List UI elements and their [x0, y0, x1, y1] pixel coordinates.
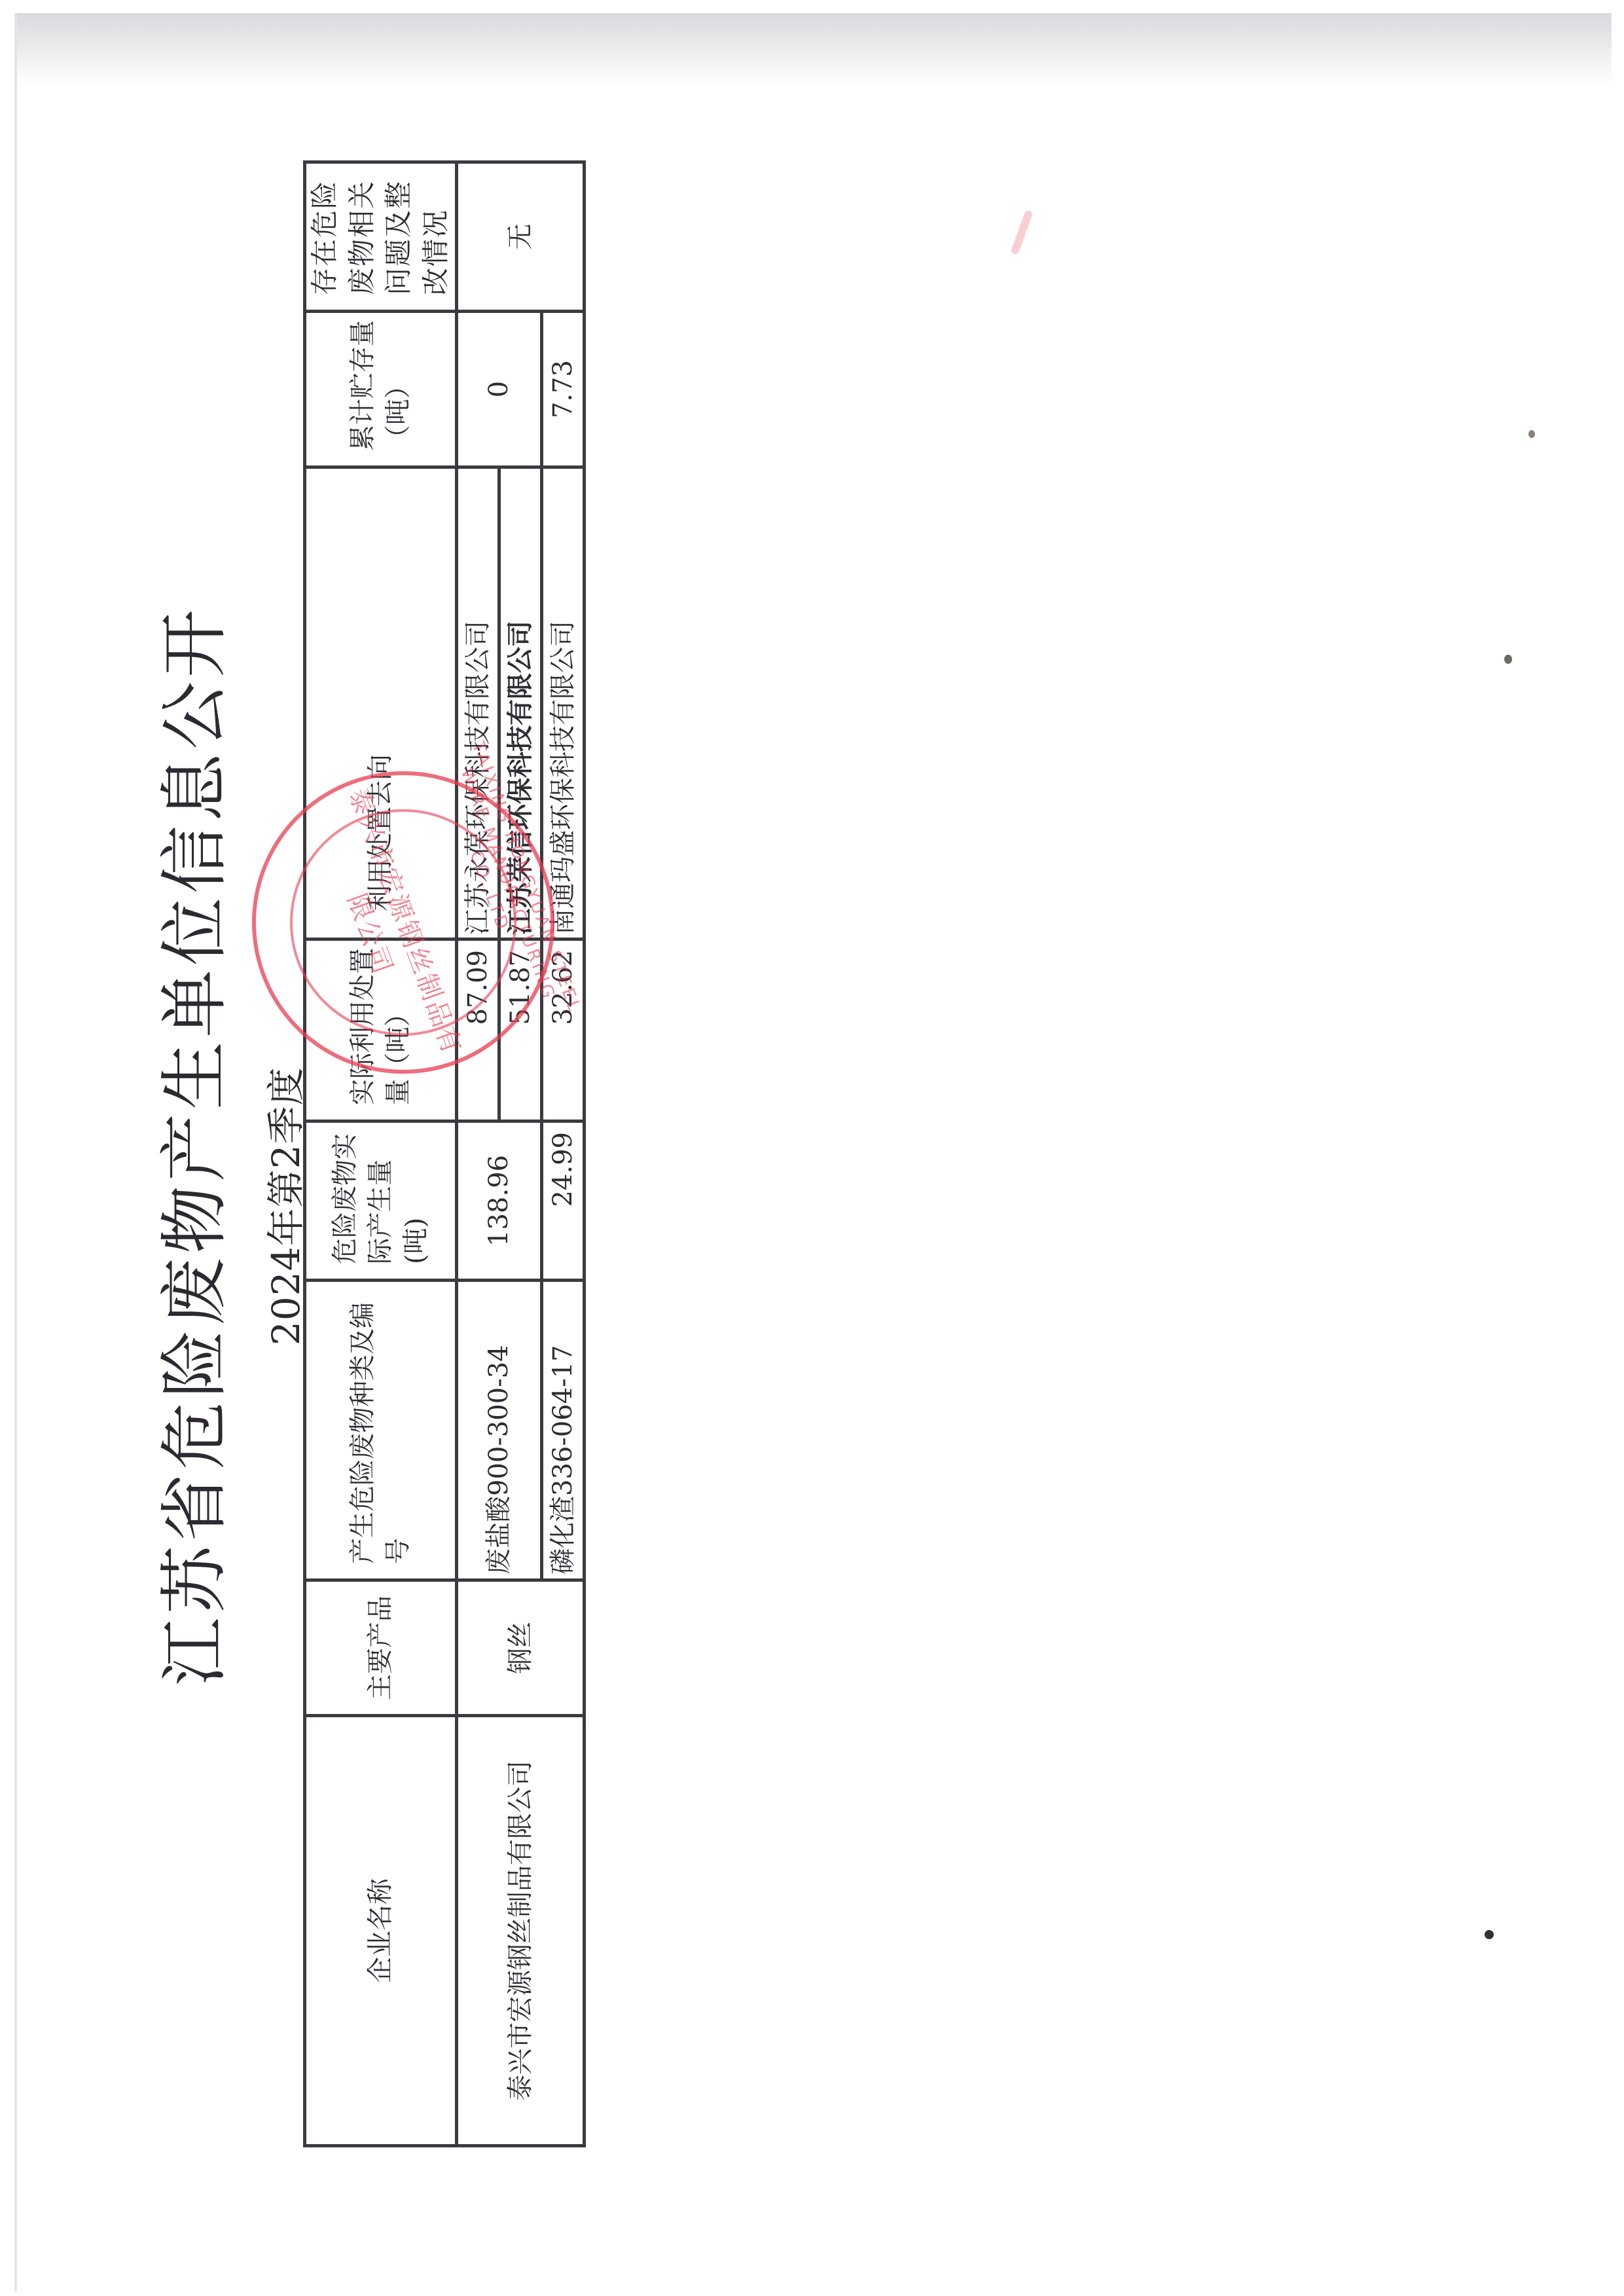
cell-storage: 7.73	[541, 312, 584, 467]
scan-speck	[1504, 655, 1512, 664]
scan-smudge	[1010, 210, 1033, 255]
header-destination: 利用处置去向	[305, 467, 457, 939]
cell-product: 钢丝	[456, 1580, 584, 1716]
cell-disposed: 87.09	[456, 939, 499, 1121]
header-issues: 存在危险废物相关问题及整改情况	[305, 162, 457, 312]
header-generated: 危险废物实际产生量(吨)	[305, 1121, 457, 1281]
cell-disposed: 32.62	[541, 939, 584, 1121]
cell-destination: 江苏永葆环保科技有限公司	[456, 467, 499, 939]
cell-destination: 南通玛盛环保科技有限公司	[541, 467, 584, 939]
cell-destination: 江苏荣信环保科技有限公司	[499, 467, 541, 939]
cell-storage: 0	[456, 312, 541, 467]
cell-disposed: 51.87	[499, 939, 541, 1121]
cell-waste-kind: 废盐酸900-300-34	[456, 1281, 541, 1580]
cell-issues: 无	[456, 162, 584, 312]
header-disposed: 实际利用处置量（吨）	[305, 939, 457, 1121]
table-row: 泰兴市宏源钢丝制品有限公司 钢丝 废盐酸900-300-34 138.96 87…	[456, 162, 499, 2146]
cell-generated: 24.99	[541, 1121, 584, 1281]
cell-waste-kind: 磷化渣336-064-17	[541, 1281, 584, 1580]
header-storage: 累计贮存量（吨）	[305, 312, 457, 467]
cell-company: 泰兴市宏源钢丝制品有限公司	[456, 1716, 584, 2146]
cell-generated: 138.96	[456, 1121, 541, 1281]
scan-edge-shadow	[14, 13, 1612, 85]
header-product: 主要产品	[305, 1580, 457, 1716]
header-waste-kind: 产生危险废物种类及编号	[305, 1281, 457, 1580]
scan-speck	[1528, 430, 1535, 438]
hazardous-waste-table: 企业名称 主要产品 产生危险废物种类及编号 危险废物实际产生量(吨) 实际利用处…	[303, 160, 586, 2147]
header-company: 企业名称	[305, 1716, 457, 2146]
rotated-document: 江苏省危险废物产生单位信息公开 2024年第2季度 企业名称 主要产品 产生危险…	[137, 131, 792, 2160]
table-header-row: 企业名称 主要产品 产生危险废物种类及编号 危险废物实际产生量(吨) 实际利用处…	[305, 162, 457, 2146]
document-subtitle: 2024年第2季度	[255, 1066, 310, 1345]
document-title: 江苏省危险废物产生单位信息公开	[137, 131, 228, 2160]
scan-edge-left	[14, 13, 17, 2291]
scan-speck	[1485, 1930, 1494, 1939]
